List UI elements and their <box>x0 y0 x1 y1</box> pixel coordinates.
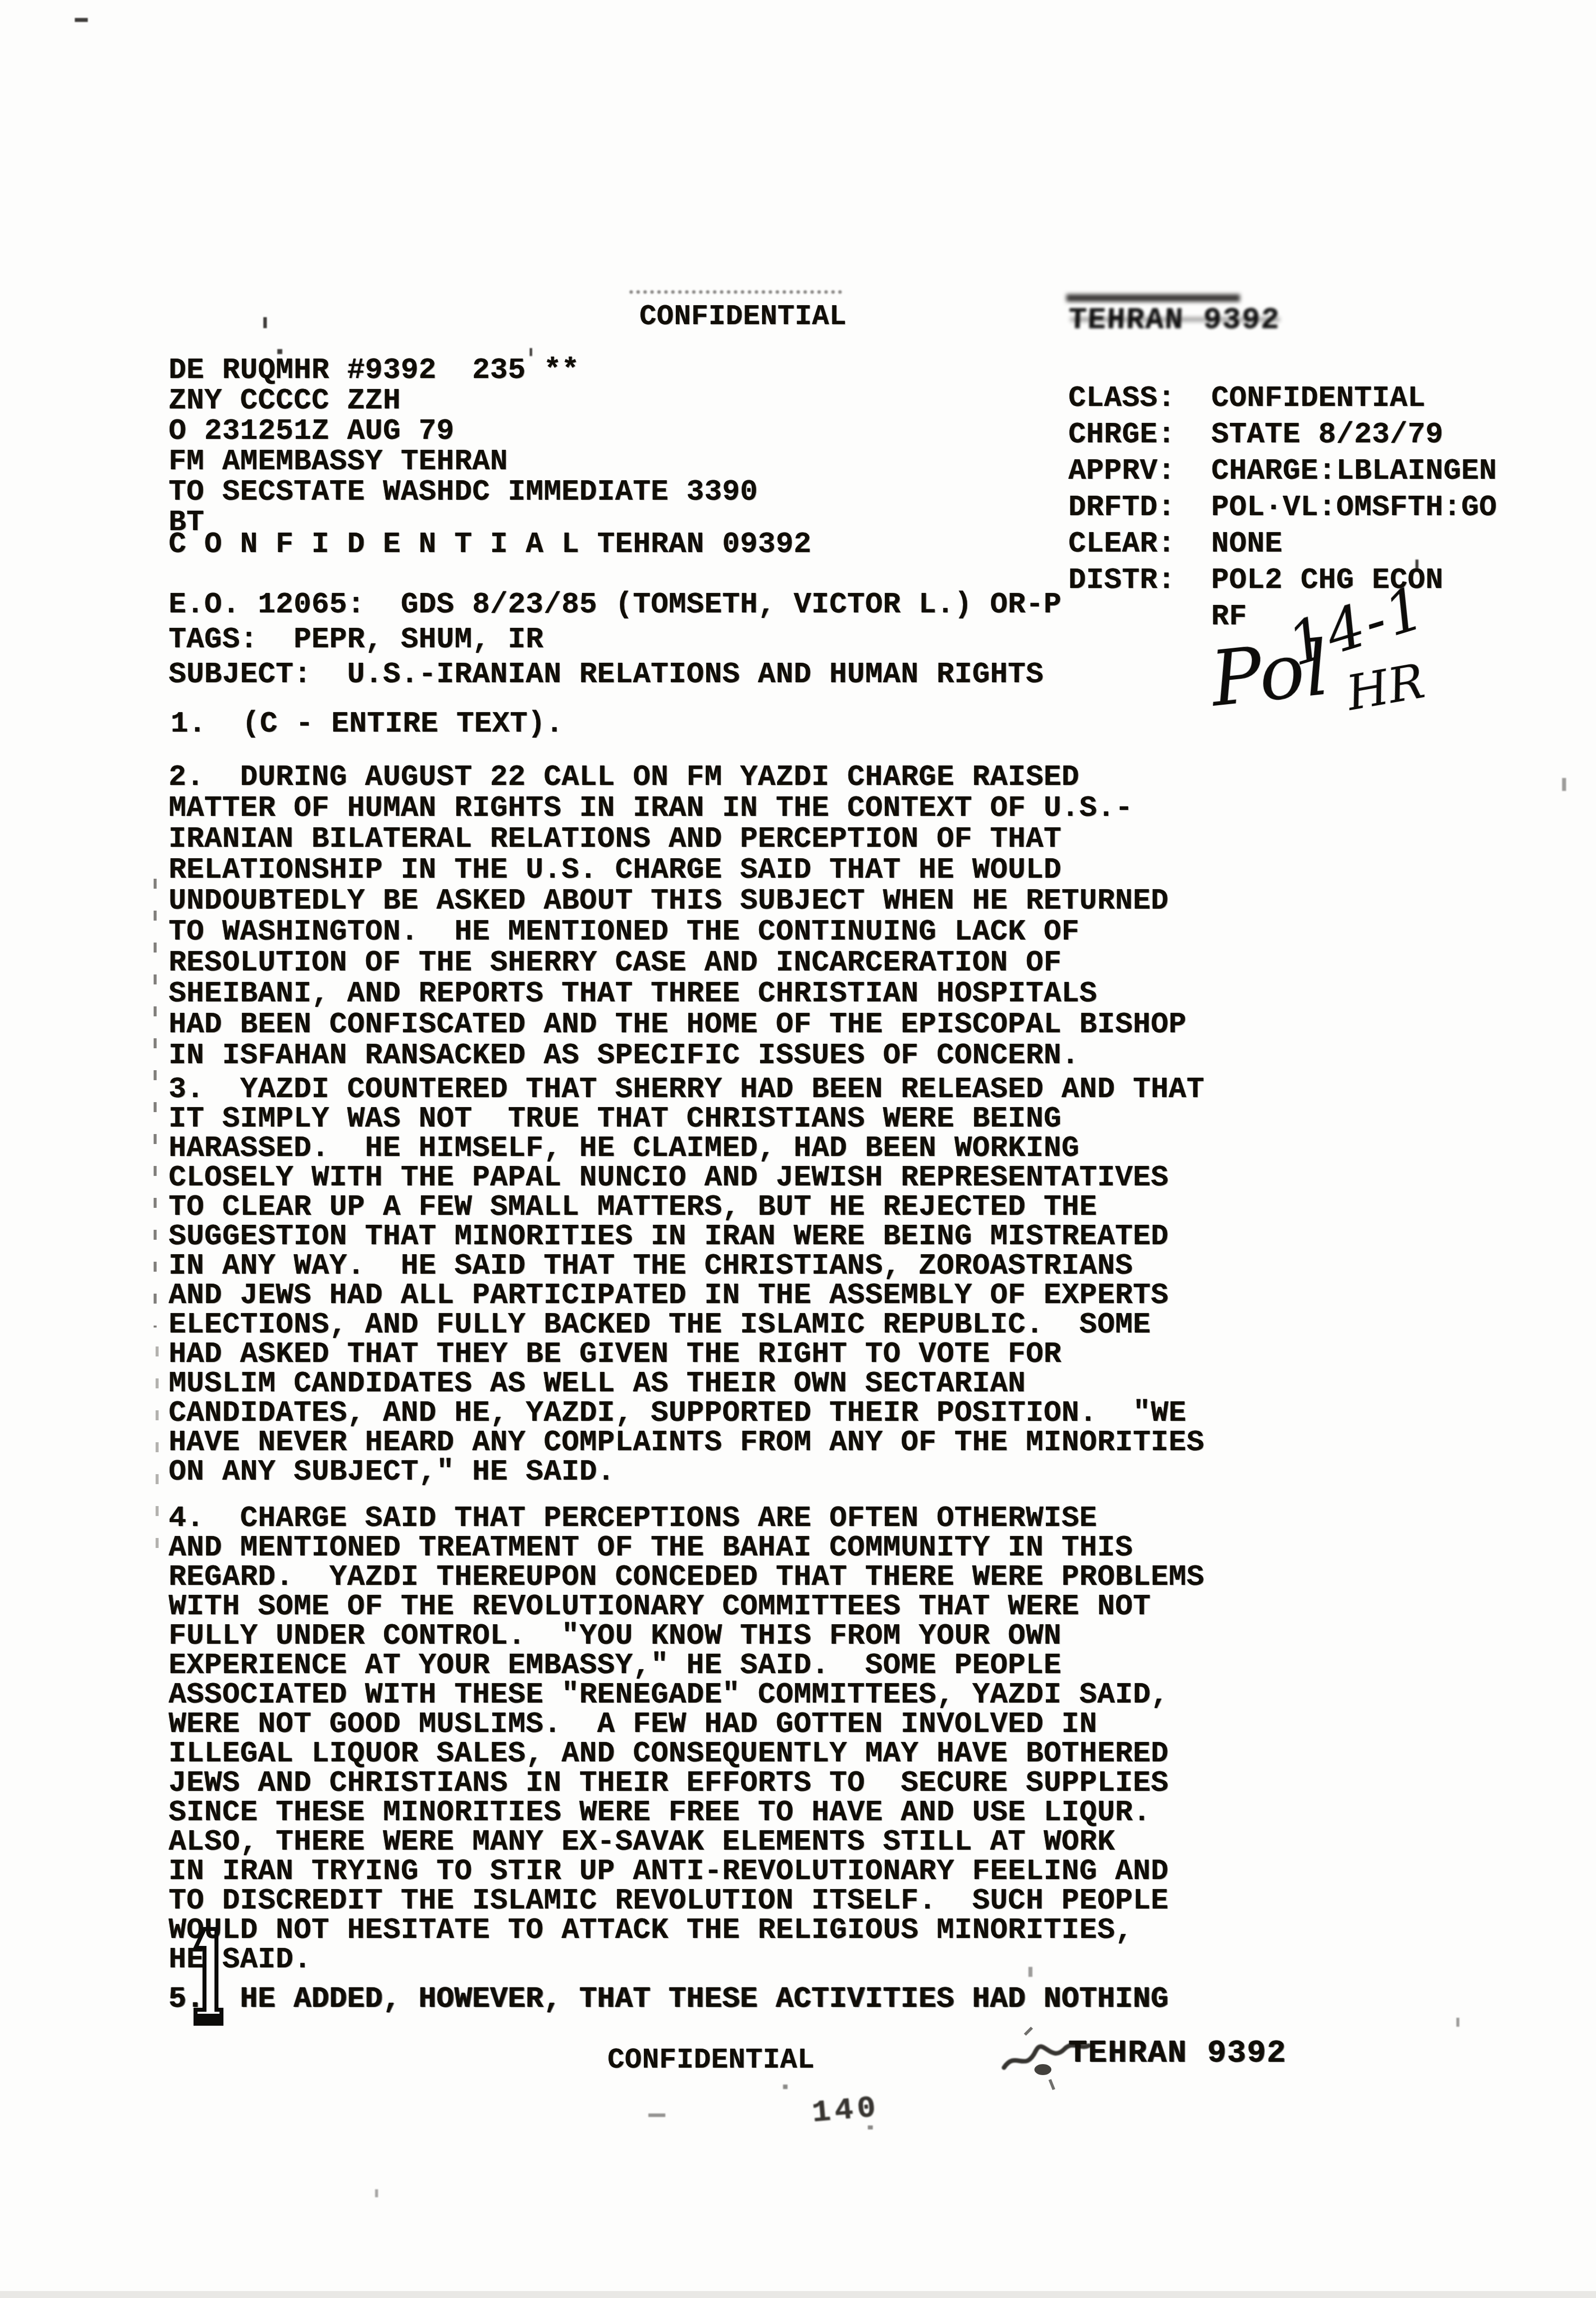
scan-bottom-edge <box>0 2291 1596 2298</box>
footer-classification: CONFIDENTIAL <box>607 2045 814 2077</box>
paragraph-3: 3. YAZDI COUNTERED THAT SHERRY HAD BEEN … <box>169 1075 1204 1487</box>
handwritten-initials: HR <box>1342 653 1428 721</box>
scan-speck <box>1562 778 1566 791</box>
scan-speck <box>263 317 267 328</box>
paragraph-4: 4. CHARGE SAID THAT PERCEPTIONS ARE OFTE… <box>169 1504 1204 1974</box>
paragraph-5: 5. HE ADDED, HOWEVER, THAT THESE ACTIVIT… <box>169 1982 1169 2016</box>
scan-speck <box>375 2189 378 2197</box>
metadata-block: CLASS: CONFIDENTIAL CHRGE: STATE 8/23/79… <box>1068 380 1497 635</box>
scan-speck <box>783 2085 788 2089</box>
routing-block: DE RUQMHR #9392 235 ** ZNY CCCCC ZZH O 2… <box>169 355 758 538</box>
scan-smear <box>1066 294 1240 302</box>
paragraph-2: 2. DURING AUGUST 22 CALL ON FM YAZDI CHA… <box>169 762 1187 1071</box>
scan-margin-ticks <box>154 879 157 1328</box>
reference-block: E.O. 12065: GDS 8/23/85 (TOMSETH, VICTOR… <box>169 587 1061 692</box>
scan-speck <box>277 349 282 354</box>
top-classification: CONFIDENTIAL <box>639 301 846 333</box>
page-number: 140 <box>810 2090 881 2131</box>
scan-speck <box>75 18 88 22</box>
scan-speck <box>530 348 532 356</box>
scan-smear <box>629 290 842 294</box>
classification-line: C O N F I D E N T I A L TEHRAN 09392 <box>169 528 811 561</box>
scan-smear <box>1070 317 1280 322</box>
scan-margin-ticks <box>156 1346 159 1556</box>
scan-speck <box>1028 1967 1032 1977</box>
scan-speck <box>868 2125 873 2129</box>
paragraph-1: 1. (C - ENTIRE TEXT). <box>171 708 564 740</box>
scan-speck <box>648 2113 665 2117</box>
footer-stamp: TEHRAN 9392 <box>1068 2036 1287 2071</box>
scan-speck <box>1415 560 1418 569</box>
handwritten-numeral-mark <box>186 1926 230 2033</box>
scan-speck <box>1456 2018 1459 2027</box>
document-page: CONFIDENTIAL TEHRAN 9392 DE RUQMHR #9392… <box>0 0 1596 2298</box>
